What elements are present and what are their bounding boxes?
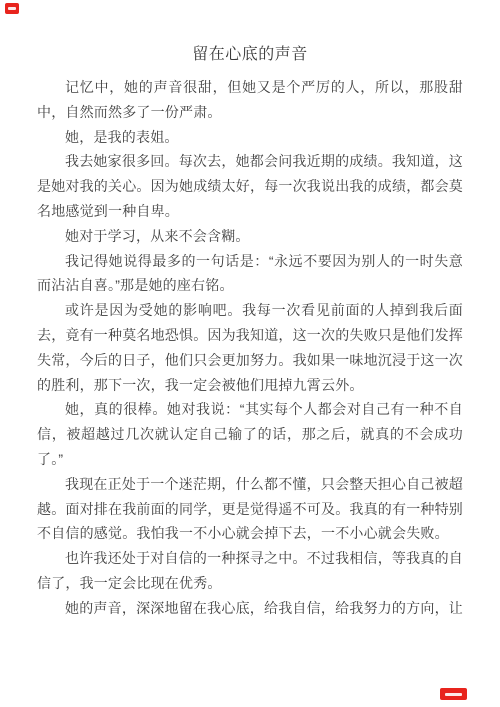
watermark-badge-bottom-right [440, 688, 467, 700]
document-page: 留在心底的声音 记忆中，她的声音很甜，但她又是个严厉的人，所以，那股甜中，自然而… [0, 0, 500, 707]
essay-paragraph: 也许我还处于对自信的一种探寻之中。不过我相信，等我真的自信了，我一定会比现在优秀… [37, 546, 463, 596]
essay-paragraph: 我记得她说得最多的一句话是：“永远不要因为别人的一时失意而沾沾自喜。”那是她的座… [37, 249, 463, 299]
essay-paragraph: 我去她家很多回。每次去，她都会问我近期的成绩。我知道，这是她对我的关心。因为她成… [37, 149, 463, 223]
essay-paragraph: 记忆中，她的声音很甜，但她又是个严厉的人，所以，那股甜中，自然而然多了一份严肃。 [37, 75, 463, 125]
essay-paragraph: 她，真的很棒。她对我说：“其实每个人都会对自己有一种不自信，被超越过几次就认定自… [37, 397, 463, 471]
essay-paragraph-cutoff: 她的声音，深深地留在我心底，给我自信，给我努力的方向，让 [37, 596, 463, 621]
essay-paragraph: 她，是我的表姐。 [37, 125, 463, 150]
watermark-badge-top-left [5, 3, 19, 14]
watermark-logo-icon [445, 693, 461, 696]
page-title: 留在心底的声音 [37, 44, 463, 66]
essay-paragraph: 或许是因为受她的影响吧。我每一次看见前面的人掉到我后面去，竟有一种莫名地恐惧。因… [37, 298, 463, 397]
essay-paragraph: 她对于学习，从来不会含糊。 [37, 224, 463, 249]
essay-body: 记忆中，她的声音很甜，但她又是个严厉的人，所以，那股甜中，自然而然多了一份严肃。… [0, 75, 500, 621]
essay-paragraph: 我现在正处于一个迷茫期，什么都不懂，只会整天担心自己被超越。面对排在我前面的同学… [37, 472, 463, 546]
watermark-logo-icon [8, 7, 16, 10]
